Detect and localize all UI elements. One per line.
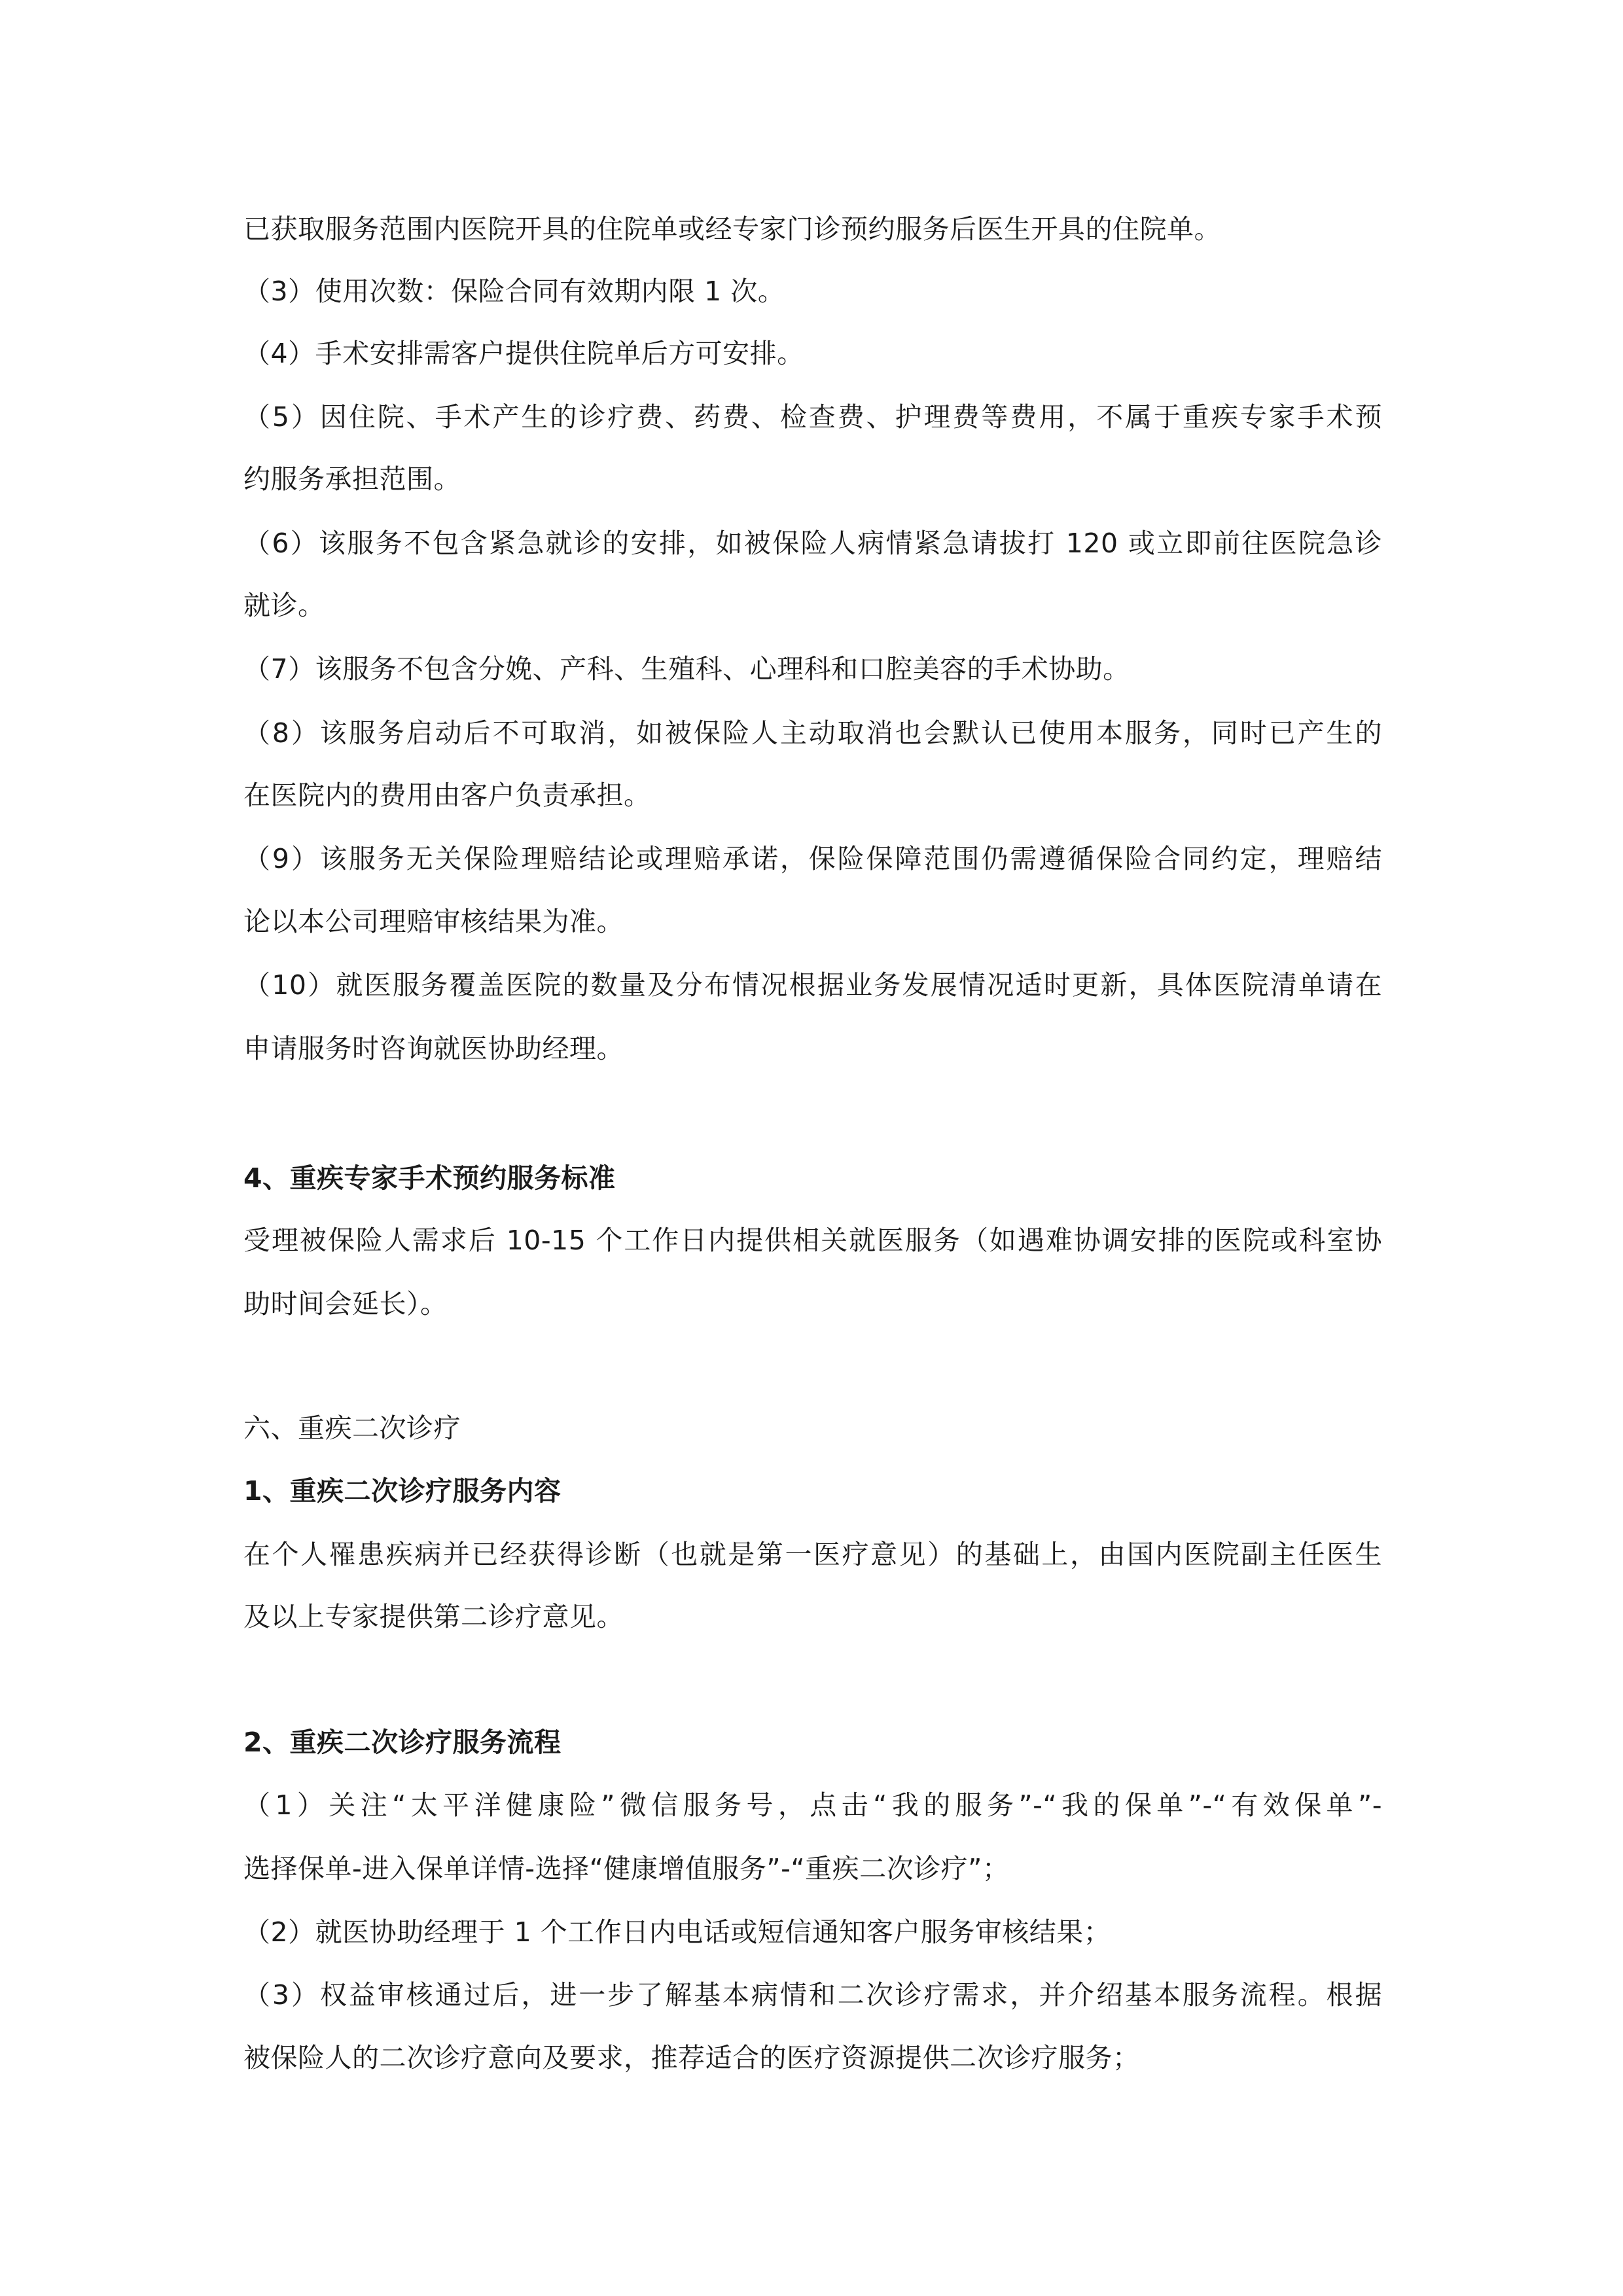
- chapter-heading-6-second-opinion: 六、重疾二次诊疗: [243, 1408, 1382, 1448]
- section-heading-1-service-content: 1、重疾二次诊疗服务内容: [243, 1471, 1382, 1511]
- document-page: 已获取服务范围内医院开具的住院单或经专家门诊预约服务后医生开具的住院单。 （3）…: [0, 0, 1623, 2296]
- section-heading-2-service-process: 2、重疾二次诊疗服务流程: [243, 1723, 1382, 1762]
- list-item-9-claims-line-2: 论以本公司理赔审核结果为准。: [243, 902, 1382, 941]
- list-item-5-fees-line-2: 约服务承担范围。: [243, 459, 1382, 499]
- list-item-5-fees-line-1: （5）因住院、手术产生的诊疗费、药费、检查费、护理费等费用，不属于重疾专家手术预: [243, 397, 1382, 437]
- service-content-text-line-1: 在个人罹患疾病并已经获得诊断（也就是第一医疗意见）的基础上，由国内医院副主任医生: [243, 1535, 1382, 1574]
- list-item-8-cancellation-line-1: （8）该服务启动后不可取消，如被保险人主动取消也会默认已使用本服务，同时已产生的: [243, 713, 1382, 753]
- list-item-6-emergency-line-1: （6）该服务不包含紧急就诊的安排，如被保险人病情紧急请拔打 120 或立即前往医…: [243, 524, 1382, 563]
- list-item-10-hospital-coverage-line-2: 申请服务时咨询就医协助经理。: [243, 1029, 1382, 1068]
- list-item-6-emergency-line-2: 就诊。: [243, 586, 1382, 625]
- process-step-3-line-1: （3）权益审核通过后，进一步了解基本病情和二次诊疗需求，并介绍基本服务流程。根据: [243, 1975, 1382, 2015]
- list-item-10-hospital-coverage-line-1: （10）就医服务覆盖医院的数量及分布情况根据业务发展情况适时更新，具体医院清单请…: [243, 965, 1382, 1005]
- process-step-1-line-2: 选择保单-进入保单详情-选择“健康增值服务”-“重疾二次诊疗”；: [243, 1849, 1382, 1888]
- service-standard-text-line-1: 受理被保险人需求后 10-15 个工作日内提供相关就医服务（如遇难协调安排的医院…: [243, 1221, 1382, 1260]
- list-item-8-cancellation-line-2: 在医院内的费用由客户负责承担。: [243, 776, 1382, 815]
- list-item-7-exclusions: （7）该服务不包含分娩、产科、生殖科、心理科和口腔美容的手术协助。: [243, 649, 1382, 689]
- list-item-3-usage-count: （3）使用次数：保险合同有效期内限 1 次。: [243, 272, 1382, 311]
- service-standard-text-line-2: 助时间会延长）。: [243, 1284, 1382, 1323]
- list-item-4-surgery-arrangement: （4）手术安排需客户提供住院单后方可安排。: [243, 334, 1382, 373]
- process-step-1-line-1: （1）关注“太平洋健康险”微信服务号，点击“我的服务”-“我的保单”-“有效保单…: [243, 1785, 1382, 1825]
- section-heading-4-service-standard: 4、重疾专家手术预约服务标准: [243, 1158, 1382, 1198]
- list-item-9-claims-line-1: （9）该服务无关保险理赔结论或理赔承诺，保险保障范围仍需遵循保险合同约定，理赔结: [243, 839, 1382, 878]
- process-step-2: （2）就医协助经理于 1 个工作日内电话或短信通知客户服务审核结果；: [243, 1912, 1382, 1952]
- process-step-3-line-2: 被保险人的二次诊疗意向及要求，推荐适合的医疗资源提供二次诊疗服务；: [243, 2038, 1382, 2077]
- service-content-text-line-2: 及以上专家提供第二诊疗意见。: [243, 1597, 1382, 1636]
- paragraph-line-inpatient-form: 已获取服务范围内医院开具的住院单或经专家门诊预约服务后医生开具的住院单。: [243, 209, 1382, 249]
